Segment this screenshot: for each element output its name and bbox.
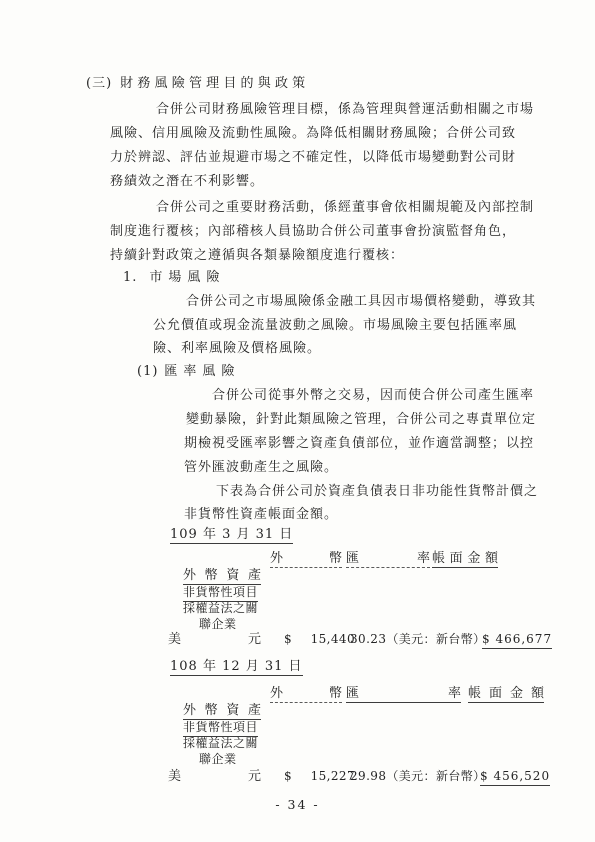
table2-rate-value: 29.98 <box>350 769 386 783</box>
table2-row-equity-method-line1: 採權益法之關 <box>183 736 258 751</box>
list-item-2-title: 匯率風險 <box>164 364 240 379</box>
table2-dollar-sign: $ <box>284 769 292 784</box>
para4-line1: 合併公司從事外幣之交易，因而使合併公司產生匯率 <box>212 388 534 403</box>
table1-row-foreign-currency-assets: 外幣資產 <box>183 568 261 585</box>
table2-row-nonmonetary-items: 非貨幣性項目 <box>183 720 258 737</box>
para2-line3: 持續針對政策之遵循與各類暴險額度進行覆核： <box>110 248 404 263</box>
para4-line2: 變動暴險，針對此類風險之管理，合併公司之專責單位定 <box>186 412 536 427</box>
para4-line4: 管外匯波動產生之風險。 <box>184 460 338 475</box>
table2-foreign-amount: 15,227 <box>298 769 355 784</box>
table1-row-equity-method-line1: 採權益法之關 <box>183 601 258 616</box>
list-item-2: (1)匯率風險 <box>137 364 240 379</box>
para3-line1: 合併公司之市場風險係金融工具因市場價格變動，導致其 <box>186 294 536 309</box>
page-number: - 34 - <box>0 797 595 812</box>
list-item-1: 1.市場風險 <box>123 270 225 285</box>
document-page: (三)財務風險管理目的與政策 合併公司財務風險管理目標，係為管理與營運活動相關之… <box>0 0 595 842</box>
para3-line3: 險、利率風險及價格風險。 <box>153 341 321 356</box>
section-heading-title: 財務風險管理目的與政策 <box>120 76 309 91</box>
table1-col-foreign-currency: 外幣 <box>270 551 342 568</box>
table2-col-foreign-currency: 外幣 <box>270 686 342 703</box>
table1-col-carrying-amount: 帳面金額 <box>432 551 498 568</box>
table2-rate-note: （美元：新台幣） <box>386 769 485 783</box>
para1-line1: 合併公司財務風險管理目標，係為管理與營運活動相關之市場 <box>156 102 534 117</box>
para2-line1: 合併公司之重要財務活動，係經董事會依相關規範及內部控制 <box>156 200 534 215</box>
table2-row-foreign-currency-assets: 外幣資產 <box>183 703 261 720</box>
list-item-2-number: (1) <box>137 364 158 379</box>
table2-currency-label: 美元 <box>168 769 261 784</box>
table2-col-exchange-rate: 匯率 <box>346 686 461 703</box>
table1-row-equity-method-line2: 聯企業 <box>199 617 237 632</box>
table1-carrying-amount: $ 466,677 <box>482 632 552 649</box>
table1-rate-cell: 30.23（美元：新台幣） <box>350 632 486 647</box>
para5-line2: 非貨幣性資產帳面金額。 <box>184 507 338 522</box>
list-item-1-title: 市場風險 <box>149 270 225 285</box>
table2-rate-cell: 29.98（美元：新台幣） <box>350 769 486 784</box>
para4-line3: 期檢視受匯率影響之資產負債部位，並作適當調整；以控 <box>184 436 534 451</box>
table2-row-equity-method-line2: 聯企業 <box>199 752 237 767</box>
list-item-1-number: 1. <box>123 270 137 285</box>
para5-line1: 下表為合併公司於資產負債表日非功能性貨幣計價之 <box>216 484 538 499</box>
table1-dollar-sign: $ <box>284 632 292 647</box>
para1-line2: 風險、信用風險及流動性風險。為降低相關財務風險；合併公司致 <box>110 126 516 141</box>
para2-line2: 制度進行覆核；內部稽核人員協助合併公司董事會扮演監督角色， <box>110 224 516 239</box>
table2-date: 108 年 12 月 31 日 <box>170 659 303 676</box>
section-heading-number: (三) <box>86 76 112 91</box>
table1-rate-note: （美元：新台幣） <box>386 632 485 646</box>
table1-foreign-amount: 15,440 <box>298 632 355 647</box>
table1-col-exchange-rate: 匯率 <box>346 551 430 568</box>
table2-carrying-amount: $ 456,520 <box>480 769 550 786</box>
para3-line2: 公允價值或現金流量波動之風險。市場風險主要包括匯率風 <box>153 318 517 333</box>
table1-date: 109 年 3 月 31 日 <box>170 527 293 544</box>
para1-line4: 務績效之潛在不利影響。 <box>110 174 264 189</box>
para1-line3: 力於辨認、評估並規避市場之不確定性，以降低市場變動對公司財 <box>110 150 516 165</box>
section-heading: (三)財務風險管理目的與政策 <box>86 76 309 91</box>
table2-col-carrying-amount: 帳面金額 <box>468 686 544 703</box>
table1-currency-label: 美元 <box>168 632 261 647</box>
table1-row-nonmonetary-items: 非貨幣性項目 <box>183 585 258 602</box>
table1-rate-value: 30.23 <box>350 632 386 646</box>
